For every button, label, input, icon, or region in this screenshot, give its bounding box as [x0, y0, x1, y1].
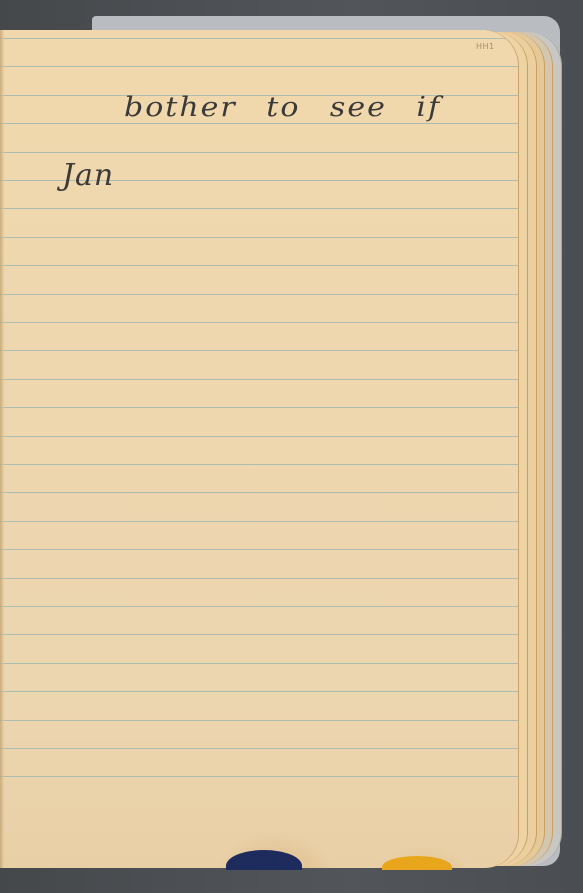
notebook-page: HH1 bother to see if Jan: [0, 30, 518, 868]
ruled-line: [0, 720, 518, 721]
ruled-line: [0, 237, 518, 238]
handwriting-line-1: bother to see if: [124, 92, 441, 124]
ruled-line: [0, 634, 518, 635]
ruled-line: [0, 436, 518, 437]
ruled-line: [0, 492, 518, 493]
handwriting-line-2: Jan: [62, 158, 114, 193]
ruled-line: [0, 776, 518, 777]
ruled-line: [0, 152, 518, 153]
ruled-line: [0, 379, 518, 380]
ruled-line: [0, 350, 518, 351]
ruled-line: [0, 407, 518, 408]
ruled-line: [0, 549, 518, 550]
ruled-line: [0, 294, 518, 295]
ruled-line: [0, 606, 518, 607]
ruled-line: [0, 691, 518, 692]
binding-edge: [0, 30, 4, 868]
ruled-line: [0, 322, 518, 323]
ruled-line: [0, 38, 518, 39]
ruled-line: [0, 748, 518, 749]
ruled-line: [0, 208, 518, 209]
ruled-line: [0, 521, 518, 522]
page-corner-mark: HH1: [476, 42, 495, 51]
ruled-line: [0, 578, 518, 579]
ruled-line: [0, 123, 518, 124]
ruled-line: [0, 663, 518, 664]
ruled-line: [0, 464, 518, 465]
ruled-line: [0, 66, 518, 67]
ruled-line: [0, 265, 518, 266]
